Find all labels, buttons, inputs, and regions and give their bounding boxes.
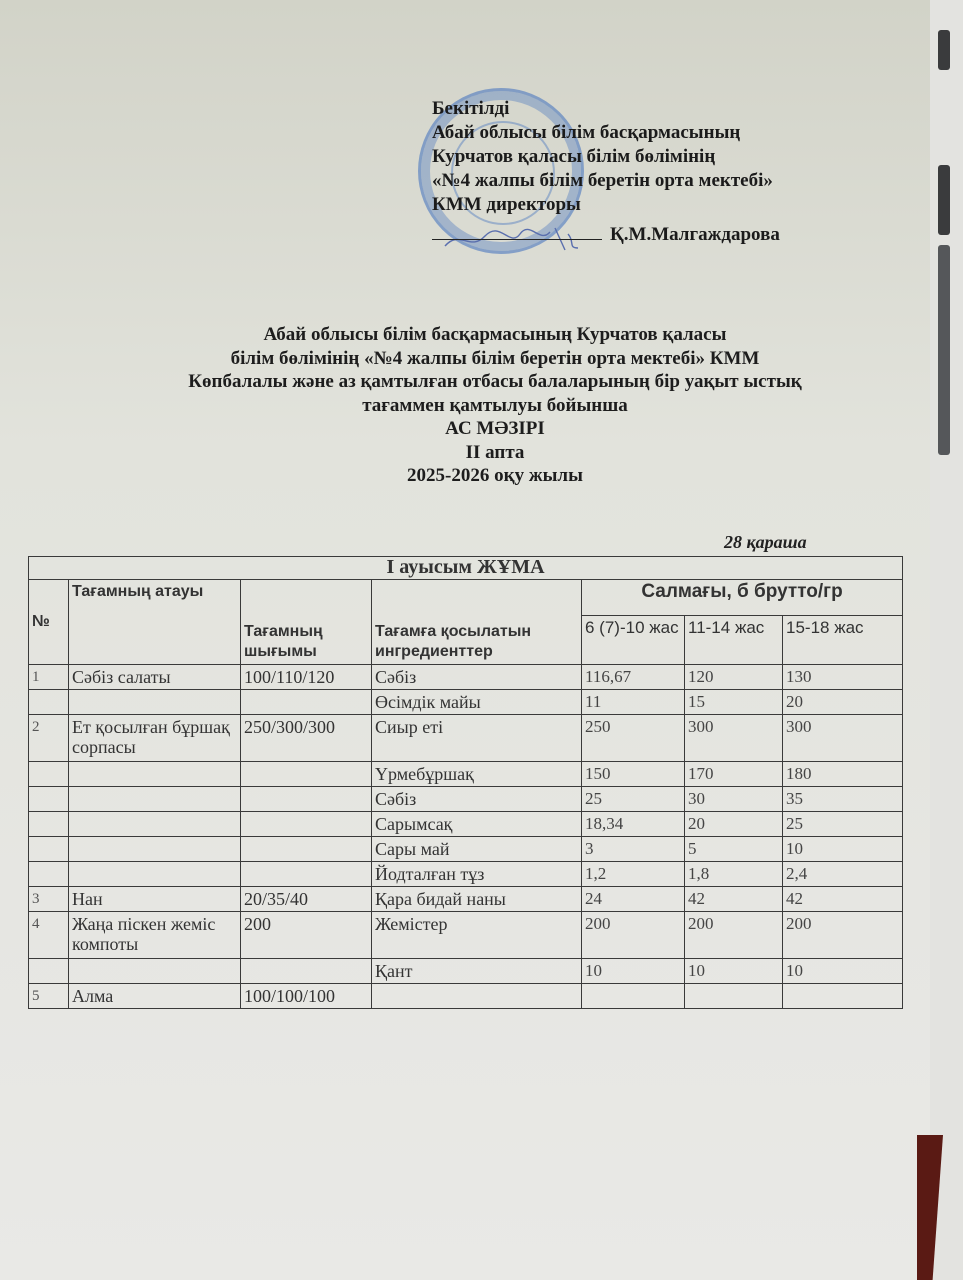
cell-ingredient: Үрмебұршақ: [372, 762, 582, 787]
cell-weight-15-18: [783, 984, 903, 1009]
cell-weight-6-10: [582, 984, 685, 1009]
cell-weight-11-14: [685, 984, 783, 1009]
cell-weight-6-10: 18,34: [582, 812, 685, 837]
table-row: Өсімдік майы 11 15 20: [29, 690, 903, 715]
cell-weight-6-10: 150: [582, 762, 685, 787]
approval-line: Курчатов қаласы білім бөлімінің: [432, 145, 780, 169]
cell-weight-11-14: 42: [685, 887, 783, 912]
approval-block: Бекітілді Абай облысы білім басқармасыны…: [432, 97, 780, 247]
cell-ingredient: Қара бидай наны: [372, 887, 582, 912]
cell-dish: [69, 787, 241, 812]
cell-ingredient: Жемістер: [372, 912, 582, 959]
cell-weight-11-14: 30: [685, 787, 783, 812]
cell-weight-15-18: 180: [783, 762, 903, 787]
cell-weight-15-18: 20: [783, 690, 903, 715]
col-ingredients: Тағамға қосылатын ингредиенттер: [372, 580, 582, 665]
cell-ingredient: Сары май: [372, 837, 582, 862]
cell-ingredient: Йодталған тұз: [372, 862, 582, 887]
cell-ingredient: [372, 984, 582, 1009]
cell-weight-15-18: 130: [783, 665, 903, 690]
cell-dish: Алма: [69, 984, 241, 1009]
cell-dish: [69, 959, 241, 984]
cell-number: 2: [29, 715, 69, 762]
approval-line: Абай облысы білім басқармасының: [432, 121, 780, 145]
col-age-15-18: 15-18 жас: [783, 616, 903, 665]
cell-weight-6-10: 25: [582, 787, 685, 812]
table-row: Сары май 3 5 10: [29, 837, 903, 862]
cell-ingredient: Сәбіз: [372, 787, 582, 812]
cell-dish: Нан: [69, 887, 241, 912]
cell-yield: [241, 787, 372, 812]
cell-yield: 20/35/40: [241, 887, 372, 912]
cell-ingredient: Сарымсақ: [372, 812, 582, 837]
cell-yield: 250/300/300: [241, 715, 372, 762]
cell-weight-11-14: 10: [685, 959, 783, 984]
cell-yield: [241, 862, 372, 887]
cell-number: [29, 862, 69, 887]
cell-weight-6-10: 116,67: [582, 665, 685, 690]
cell-dish: Сәбіз салаты: [69, 665, 241, 690]
cell-weight-6-10: 11: [582, 690, 685, 715]
cell-weight-11-14: 20: [685, 812, 783, 837]
cell-weight-11-14: 120: [685, 665, 783, 690]
menu-date: 28 қараша: [724, 532, 807, 553]
table-row: Үрмебұршақ 150 170 180: [29, 762, 903, 787]
cell-number: [29, 812, 69, 837]
table-row: 2 Ет қосылған бұршақ сорпасы 250/300/300…: [29, 715, 903, 762]
cell-weight-15-18: 2,4: [783, 862, 903, 887]
table-row: 1 Сәбіз салаты 100/110/120 Сәбіз 116,67 …: [29, 665, 903, 690]
cell-yield: [241, 959, 372, 984]
cell-weight-11-14: 1,8: [685, 862, 783, 887]
title-line: тағаммен қамтылуы бойынша: [100, 394, 890, 418]
approval-line: Бекітілді: [432, 97, 780, 121]
col-age-6-10: 6 (7)-10 жас: [582, 616, 685, 665]
col-age-11-14: 11-14 жас: [685, 616, 783, 665]
cell-weight-15-18: 10: [783, 837, 903, 862]
school-year: 2025-2026 оқу жылы: [100, 464, 890, 488]
cell-weight-6-10: 250: [582, 715, 685, 762]
cell-weight-6-10: 10: [582, 959, 685, 984]
cell-dish: [69, 690, 241, 715]
cell-dish: [69, 812, 241, 837]
cell-yield: [241, 762, 372, 787]
col-weight: Салмағы, б брутто/гр: [582, 580, 903, 616]
cell-yield: [241, 812, 372, 837]
cell-number: 1: [29, 665, 69, 690]
cell-number: 5: [29, 984, 69, 1009]
cell-dish: [69, 837, 241, 862]
cell-weight-15-18: 200: [783, 912, 903, 959]
cell-dish: [69, 762, 241, 787]
signature-line: [432, 239, 602, 240]
cell-weight-11-14: 300: [685, 715, 783, 762]
cell-ingredient: Сәбіз: [372, 665, 582, 690]
col-dish-name: Тағамның атауы: [69, 580, 241, 665]
cell-number: [29, 787, 69, 812]
cell-weight-15-18: 300: [783, 715, 903, 762]
cell-weight-11-14: 15: [685, 690, 783, 715]
cell-weight-11-14: 200: [685, 912, 783, 959]
cell-ingredient: Сиыр еті: [372, 715, 582, 762]
cell-ingredient: Өсімдік майы: [372, 690, 582, 715]
table-row: Сәбіз 25 30 35: [29, 787, 903, 812]
document-title: Абай облысы білім басқармасының Курчатов…: [100, 323, 890, 488]
background-device-edge: [938, 245, 950, 405]
cell-weight-15-18: 42: [783, 887, 903, 912]
table-row: Йодталған тұз 1,2 1,8 2,4: [29, 862, 903, 887]
col-number: №: [29, 580, 69, 665]
background-device-edge: [938, 30, 950, 70]
cell-yield: 200: [241, 912, 372, 959]
cell-weight-15-18: 10: [783, 959, 903, 984]
cell-weight-6-10: 3: [582, 837, 685, 862]
cell-number: 4: [29, 912, 69, 959]
approval-line: «№4 жалпы білім беретін орта мектебі»: [432, 169, 780, 193]
cell-number: [29, 690, 69, 715]
title-line: Абай облысы білім басқармасының Курчатов…: [100, 323, 890, 347]
table-row: Қант 10 10 10: [29, 959, 903, 984]
cell-number: [29, 959, 69, 984]
table-row: 4 Жаңа піскен жеміс компоты 200 Жемістер…: [29, 912, 903, 959]
cell-weight-6-10: 24: [582, 887, 685, 912]
cell-number: 3: [29, 887, 69, 912]
cell-dish: [69, 862, 241, 887]
title-line: Көпбалалы және аз қамтылған отбасы балал…: [100, 370, 890, 394]
cell-weight-6-10: 200: [582, 912, 685, 959]
table-row: Сарымсақ 18,34 20 25: [29, 812, 903, 837]
cell-yield: [241, 837, 372, 862]
cell-dish: Жаңа піскен жеміс компоты: [69, 912, 241, 959]
cell-weight-6-10: 1,2: [582, 862, 685, 887]
cell-yield: 100/110/120: [241, 665, 372, 690]
menu-heading: АС МӘЗІРІ: [100, 417, 890, 441]
cell-weight-11-14: 170: [685, 762, 783, 787]
table-row: 5 Алма 100/100/100: [29, 984, 903, 1009]
background-device-edge: [938, 400, 950, 455]
cell-weight-15-18: 25: [783, 812, 903, 837]
background-device-edge: [938, 165, 950, 235]
cell-number: [29, 762, 69, 787]
shift-header: I ауысым ЖҰМА: [29, 557, 903, 580]
cell-weight-11-14: 5: [685, 837, 783, 862]
week-label: II апта: [100, 441, 890, 465]
title-line: білім бөлімінің «№4 жалпы білім беретін …: [100, 347, 890, 371]
cell-dish: Ет қосылған бұршақ сорпасы: [69, 715, 241, 762]
cell-number: [29, 837, 69, 862]
cell-yield: 100/100/100: [241, 984, 372, 1009]
approval-line: КММ директоры: [432, 193, 780, 217]
menu-table: I ауысым ЖҰМА № Тағамның атауы Тағамның …: [28, 556, 903, 1009]
col-dish-yield: Тағамның шығымы: [241, 580, 372, 665]
cell-ingredient: Қант: [372, 959, 582, 984]
signatory-name: Қ.М.Малгаждарова: [610, 224, 780, 245]
cell-yield: [241, 690, 372, 715]
cell-weight-15-18: 35: [783, 787, 903, 812]
table-row: 3 Нан 20/35/40 Қара бидай наны 24 42 42: [29, 887, 903, 912]
